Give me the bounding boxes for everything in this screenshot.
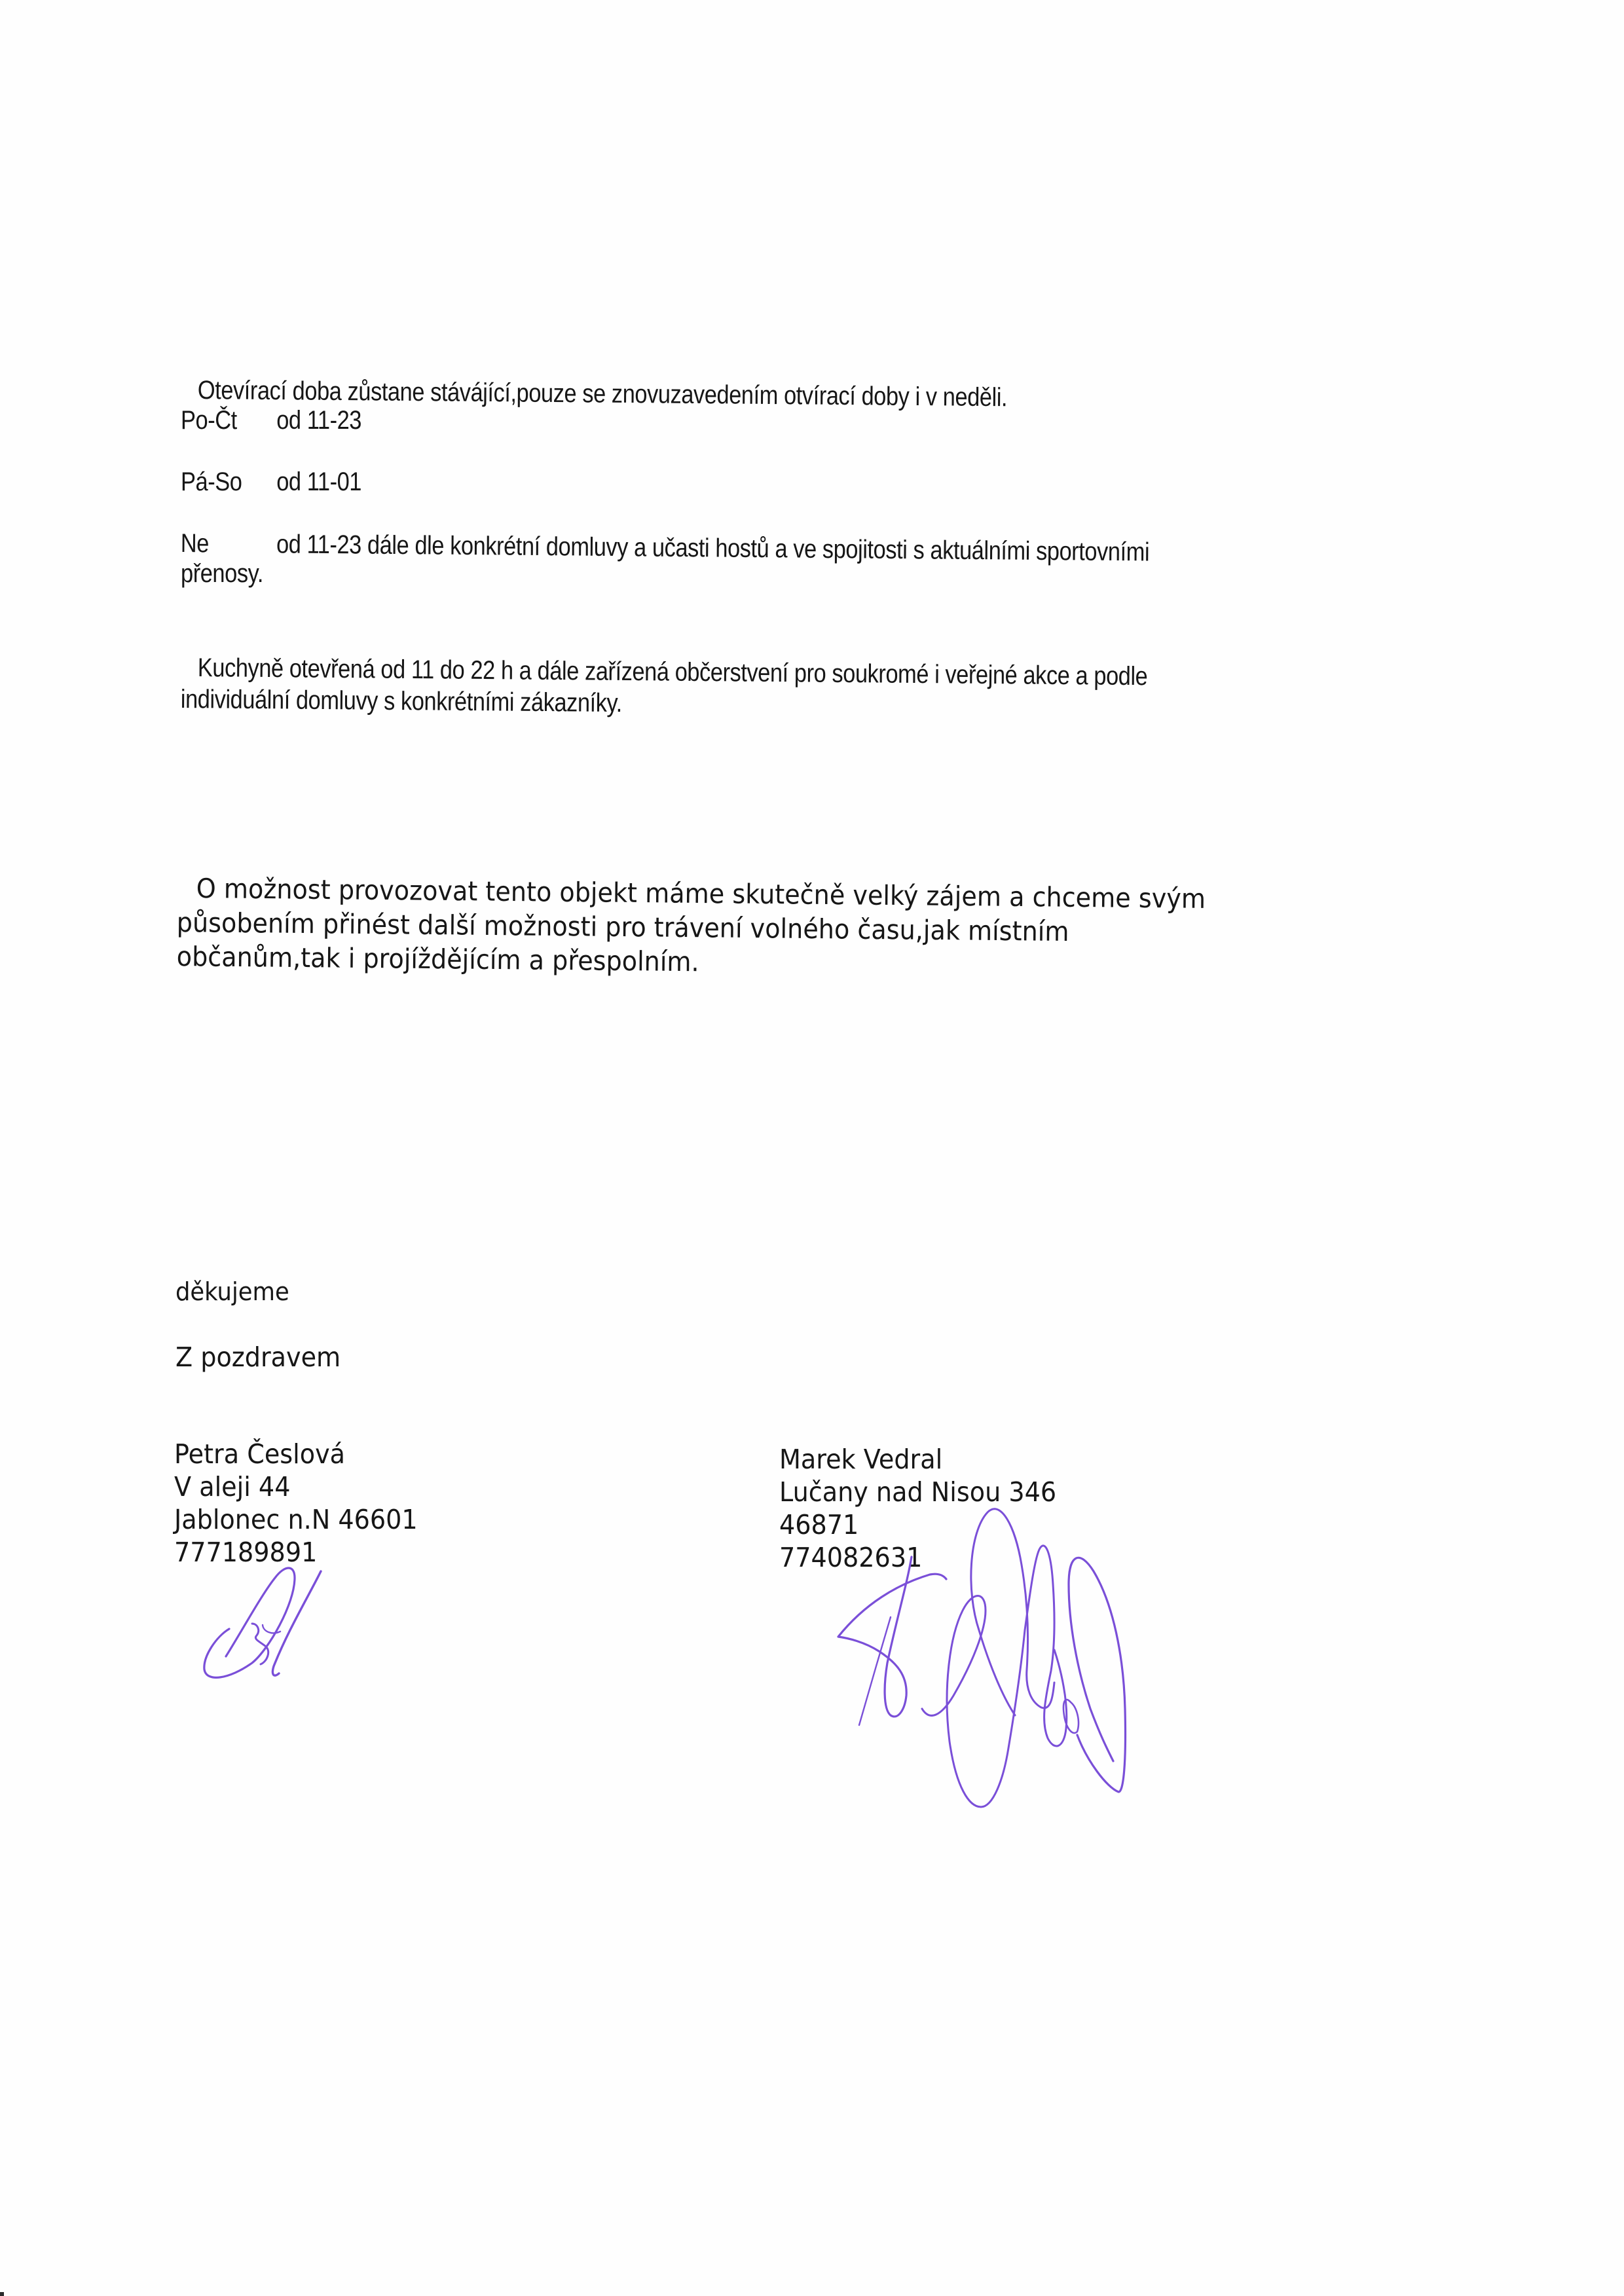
schedule-day: Ne [181,528,277,560]
schedule-row-mon-thu: Po-Čtod 11-23 [181,405,361,436]
signature-2-icon [825,1499,1166,1827]
schedule-hours: od 11-23 dále dle konkrétní domluvy a uč… [276,528,1149,568]
schedule-hours: od 11-01 [276,466,361,498]
schedule-hours: od 11-23 [276,405,361,436]
signatory-1-street: V aleji 44 [174,1470,418,1503]
schedule-row-fri-sat: Pá-Sood 11-01 [181,466,361,498]
signatory-1-city: Jablonec n.N 46601 [174,1503,418,1536]
schedule-day: Po-Čt [181,405,276,436]
kitchen-line-2: individuální domluvy s konkrétními zákaz… [181,683,622,719]
signatory-1-name: Petra Česlová [174,1438,418,1470]
closing-regards: Z pozdravem [175,1341,341,1374]
closing-thanks: děkujeme [175,1275,289,1308]
signature-1-icon [190,1558,347,1689]
signatory-2-name: Marek Vedral [779,1443,1056,1476]
signatory-1-block: Petra Česlová V aleji 44 Jablonec n.N 46… [174,1438,418,1569]
schedule-day: Pá-So [181,466,276,498]
schedule-sun-continuation: přenosy. [181,558,263,589]
interest-line-3: občanům,tak i projíždějícím a přespolním… [177,940,699,978]
scan-artifact [0,2292,4,2296]
schedule-row-sun: Neod 11-23 dále dle konkrétní domluvy a … [181,528,1150,568]
scanned-letter-page: Otevírací doba zůstane stávájící,pouze s… [0,0,1624,2296]
